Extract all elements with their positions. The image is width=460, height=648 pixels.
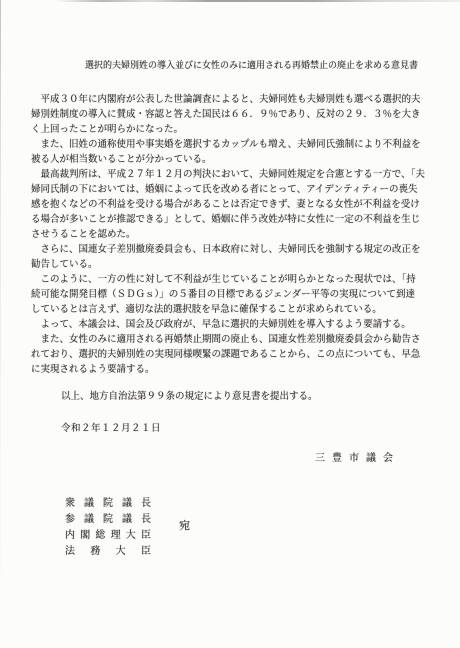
- body-line: 感を抱くなどの不利益を受ける場合があることは否定できず、妻となる女性が不利益を受…: [31, 197, 429, 212]
- body-line: く上回ったことが明らかになった。: [31, 122, 429, 137]
- scan-artifact-left-edge: [0, 0, 1, 648]
- body-line: 最高裁判所は、平成２７年１２月の判決において、夫婦同姓規定を合憲とする一方で、「…: [31, 167, 429, 182]
- body-line: 婦同氏制の下においては、婚姻によって氏を改める者にとって、アイデンティティーの喪…: [31, 182, 429, 197]
- body-line: また、女性のみに適用される再婚禁止期間の廃止も、国連女性差別撤廃委員会から勧告さ: [31, 332, 429, 347]
- body-line: る場合が多いことが推認できる」として、婚姻に伴う改姓が特に女性に一定の不利益を生…: [31, 212, 429, 227]
- addressee-house-of-representatives-speaker: 衆議院議長: [65, 496, 151, 512]
- body-line: また、旧姓の通称使用や事実婚を選択するカップルも増え、夫婦同氏強制により不利益を: [31, 137, 429, 152]
- body-line: 続可能な開発目標（ＳＤＧｓ）」の５番目の目標であるジェンダー平等の実現について到…: [31, 287, 429, 302]
- document-body: 平成３０年に内閣府が公表した世論調査によると、夫婦同姓も夫婦別姓も選べる選択的夫…: [31, 92, 429, 377]
- issuing-council-name: 三豊市議会: [315, 449, 400, 464]
- addressee-list: 衆議院議長 参議院議長 内閣総理大臣 法務大臣: [65, 496, 151, 560]
- body-line: 平成３０年に内閣府が公表した世論調査によると、夫婦同姓も夫婦別姓も選べる選択的夫: [31, 92, 429, 107]
- body-line: 勧告している。: [31, 257, 429, 272]
- closing-statement: 以上、地方自治法第９９条の規定により意見書を提出する。: [61, 388, 318, 402]
- body-line: しているとは言えず、適切な法的選択肢を早急に確保することが求められている。: [31, 302, 429, 317]
- addressee-minister-of-justice: 法務大臣: [65, 544, 151, 560]
- scanned-document-page: 選択的夫婦別姓の導入並びに女性のみに適用される再婚禁止の廃止を求める意見書 平成…: [0, 0, 460, 648]
- body-line: 被る人が相当数いることが分かっている。: [31, 152, 429, 167]
- body-line: さらに、国連女子差別撤廃委員会も、日本政府に対し、夫婦同氏を強制する規定の改正を: [31, 242, 429, 257]
- body-line: に実現されるよう要請する。: [31, 362, 429, 377]
- document-date: 令和２年１２月２１日: [61, 420, 161, 434]
- body-line: 婦別姓制度の導入に賛成・容認と答えた国民は６６．９％であり、反対の２９．３％を大…: [31, 107, 429, 122]
- addressee-house-of-councillors-president: 参議院議長: [65, 512, 151, 528]
- body-line: よって、本議会は、国会及び政府が、早急に選択的夫婦別姓を導入するよう要請する。: [31, 317, 429, 332]
- scan-artifact-top-edge: [0, 0, 460, 2]
- body-line: れており、選択的夫婦別姓の実現同様喫緊の課題であることから、この点についても、早…: [31, 347, 429, 362]
- addressee-suffix-label: 宛: [179, 517, 190, 533]
- body-line: させうることを認めた。: [31, 227, 429, 242]
- document-title: 選択的夫婦別姓の導入並びに女性のみに適用される再婚禁止の廃止を求める意見書: [85, 61, 418, 72]
- body-line: このように、一方の性に対して不利益が生じていることが明らかとなった現状では、「持: [31, 272, 429, 287]
- addressee-prime-minister: 内閣総理大臣: [65, 528, 151, 544]
